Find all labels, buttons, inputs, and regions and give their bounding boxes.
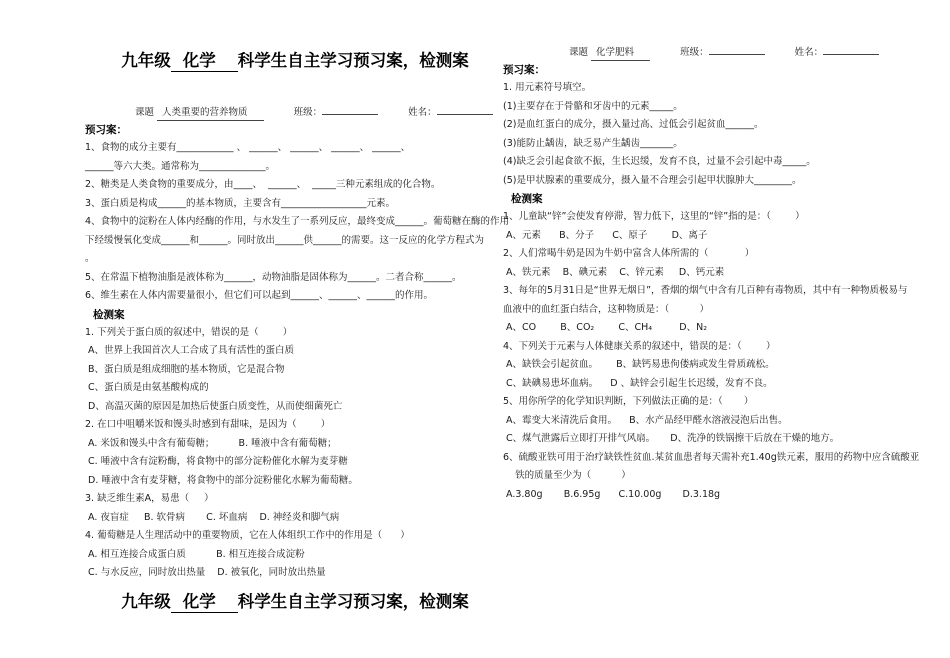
- test-line: 1. 下列关于蛋白质的叙述中，错误的是（ ）: [85, 324, 505, 343]
- preview-line: (2)是血红蛋白的成分，摄入量过高、过低会引起贫血______。: [503, 116, 915, 135]
- right-preview-lines: 1. 用元素符号填空。(1)主要存在于骨骼和牙齿中的元素_____。(2)是血红…: [503, 79, 915, 190]
- preview-line: 3、蛋白质是构成______的基本物质，主要含有________________…: [85, 195, 505, 214]
- test-line: 6、硫酸亚铁可用于治疗缺铁性贫血.某贫血患者每天需补充1.40g铁元素，服用的药…: [503, 449, 915, 468]
- test-line: B、蛋白质是组成细胞的基本物质，它是混合物: [85, 361, 505, 380]
- left-column: 九年级化学科学生自主学习预习案，检测案 课题 人类重要的营养物质班级：姓名： 预…: [85, 50, 505, 613]
- test-line: D、高温灭菌的原因是加热后使蛋白质变性，从而使细菌死亡: [85, 398, 505, 417]
- name-label: 姓名：: [408, 107, 437, 118]
- left-topic-line: 课题 人类重要的营养物质班级：姓名：: [85, 104, 505, 123]
- preview-line: (3)能防止龋齿，缺乏易产生龋齿_______。: [503, 135, 915, 154]
- right-course-name: 化学肥料: [591, 47, 650, 61]
- test-line: A、世界上我国首次人工合成了具有活性的蛋白质: [85, 342, 505, 361]
- test-line: 血液中的血红蛋白结合，这种物质是：（ ）: [503, 301, 915, 320]
- test-line: 5、用你所学的化学知识判断，下列做法正确的是：（ ）: [503, 393, 915, 412]
- test-line: 4. 葡萄糖是人生理活动中的重要物质，它在人体组织工作中的作用是（ ）: [85, 527, 505, 546]
- preview-line: 6、维生素在人体内需要量很小，但它们可以起到______、______、____…: [85, 287, 505, 306]
- preview-line: (5)是甲状腺素的重要成分，摄入量不合理会引起甲状腺肿大________。: [503, 172, 915, 191]
- title-suffix: 科学生自主学习预习案，检测案: [238, 592, 469, 611]
- left-test-lines: 1. 下列关于蛋白质的叙述中，错误的是（ ） A、世界上我国首次人工合成了具有活…: [85, 324, 505, 583]
- test-line: C、缺碘易患坏血病。 D 、缺锌会引起生长迟缓，发育不良。: [503, 375, 915, 394]
- right-test-lines: 1、儿童缺“锌”会使发育停滞，智力低下，这里的“锌”指的是：（ ） A、元素 B…: [503, 208, 915, 504]
- topic-label: 课题: [135, 107, 154, 118]
- preview-line: 。: [85, 250, 505, 269]
- test-line: C、煤气泄露后立即打开排气风扇。 D、洗净的铁锅擦干后放在干燥的地方。: [503, 430, 915, 449]
- left-preview-lines: 1、食物的成分主要有____________ 、 ______、 ______、…: [85, 139, 505, 306]
- name-label: 姓名：: [795, 47, 824, 58]
- left-course-name: 人类重要的营养物质: [157, 107, 264, 121]
- test-line: A、霉变大米清洗后食用。 B、水产品经甲醛水溶液浸泡后出售。: [503, 412, 915, 431]
- class-blank-field: [709, 44, 765, 55]
- test-line: D. 唾液中含有麦芽糖，将食物中的部分淀粉催化水解为葡萄糖。: [85, 472, 505, 491]
- right-test-heading: 检测案: [503, 190, 915, 208]
- preview-line: 2、糖类是人类食物的重要成分，由____、 ______、 _____三种元素组…: [85, 176, 505, 195]
- right-column: 课题 化学肥料班级：姓名： 预习案： 1. 用元素符号填空。(1)主要存在于骨骼…: [503, 44, 915, 504]
- test-line: 3. 缺乏维生素A，易患（ ）: [85, 490, 505, 509]
- test-line: C. 唾液中含有淀粉酶，将食物中的部分淀粉催化水解为麦芽糖: [85, 453, 505, 472]
- right-preview-heading: 预习案：: [503, 63, 915, 79]
- preview-line: ______等六大类。通常称为______________。: [85, 158, 505, 177]
- name-blank-field: [823, 44, 879, 55]
- test-line: A、元素 B、分子 C、原子 D、离子: [503, 227, 915, 246]
- title-suffix: 科学生自主学习预习案，检测案: [238, 51, 469, 70]
- test-line: A、CO B、CO₂ C、CH₄ D、N₂: [503, 319, 915, 338]
- name-blank-field: [437, 104, 493, 115]
- worksheet-page: 九年级化学科学生自主学习预习案，检测案 课题 人类重要的营养物质班级：姓名： 预…: [0, 0, 950, 658]
- right-topic-line: 课题 化学肥料班级：姓名：: [503, 44, 915, 63]
- title-prefix: 九年级: [121, 51, 171, 70]
- test-line: C. 与水反应，同时放出热量 D. 被氧化，同时放出热量: [85, 564, 505, 583]
- preview-line: 5、在常温下植物油脂是液体称为______，动物油脂是固体称为______。二者…: [85, 269, 505, 288]
- preview-line: (1)主要存在于骨骼和牙齿中的元素_____。: [503, 98, 915, 117]
- left-test-heading: 检测案: [85, 306, 505, 324]
- test-line: 3、每年的5月31日是“世界无烟日”，香烟的烟气中含有几百种有毒物质，其中有一种…: [503, 282, 915, 301]
- preview-line: 下经缓慢氧化变成______和______。同时放出______供______的…: [85, 232, 505, 251]
- test-line: 2、人们常喝牛奶是因为牛奶中富含人体所需的（ ）: [503, 245, 915, 264]
- test-line: 铁的质量至少为（ ）: [503, 467, 915, 486]
- title-subject-blank: 化学: [171, 592, 238, 613]
- preview-line: (4)缺乏会引起食欲不振，生长迟缓，发育不良，过量不会引起中毒_____。: [503, 153, 915, 172]
- left-preview-heading: 预习案：: [85, 123, 505, 139]
- test-line: 1、儿童缺“锌”会使发育停滞，智力低下，这里的“锌”指的是：（ ）: [503, 208, 915, 227]
- title-subject-blank: 化学: [171, 51, 238, 72]
- test-line: A. 相互连接合成蛋白质 B. 相互连接合成淀粉: [85, 546, 505, 565]
- topic-label: 课题: [569, 47, 588, 58]
- test-line: A、缺铁会引起贫血。 B、缺钙易患佝偻病或发生骨质疏松。: [503, 356, 915, 375]
- test-line: 2. 在口中咀嚼米饭和馒头时感到有甜味，是因为（ ）: [85, 416, 505, 435]
- class-label: 班级：: [294, 107, 323, 118]
- preview-line: 1. 用元素符号填空。: [503, 79, 915, 98]
- test-line: 4、下列关于元素与人体健康关系的叙述中，错误的是：（ ）: [503, 338, 915, 357]
- document-title-top: 九年级化学科学生自主学习预习案，检测案: [85, 50, 505, 72]
- test-line: A. 夜盲症 B. 软骨病 C. 坏血病 D. 神经炎和脚气病: [85, 509, 505, 528]
- test-line: A. 米饭和馒头中含有葡萄糖； B. 唾液中含有葡萄糖；: [85, 435, 505, 454]
- preview-line: 4、食物中的淀粉在人体内经酶的作用，与水发生了一系列反应，最终变成______。…: [85, 213, 505, 232]
- preview-line: 1、食物的成分主要有____________ 、 ______、 ______、…: [85, 139, 505, 158]
- test-line: A.3.80g B.6.95g C.10.00g D.3.18g: [503, 486, 915, 505]
- class-blank-field: [322, 104, 378, 115]
- document-title-bottom: 九年级化学科学生自主学习预习案，检测案: [85, 591, 505, 613]
- title-prefix: 九年级: [121, 592, 171, 611]
- test-line: A、铁元素 B、碘元素 C、锌元素 D、钙元素: [503, 264, 915, 283]
- test-line: C、蛋白质是由氨基酸构成的: [85, 379, 505, 398]
- class-label: 班级：: [680, 47, 709, 58]
